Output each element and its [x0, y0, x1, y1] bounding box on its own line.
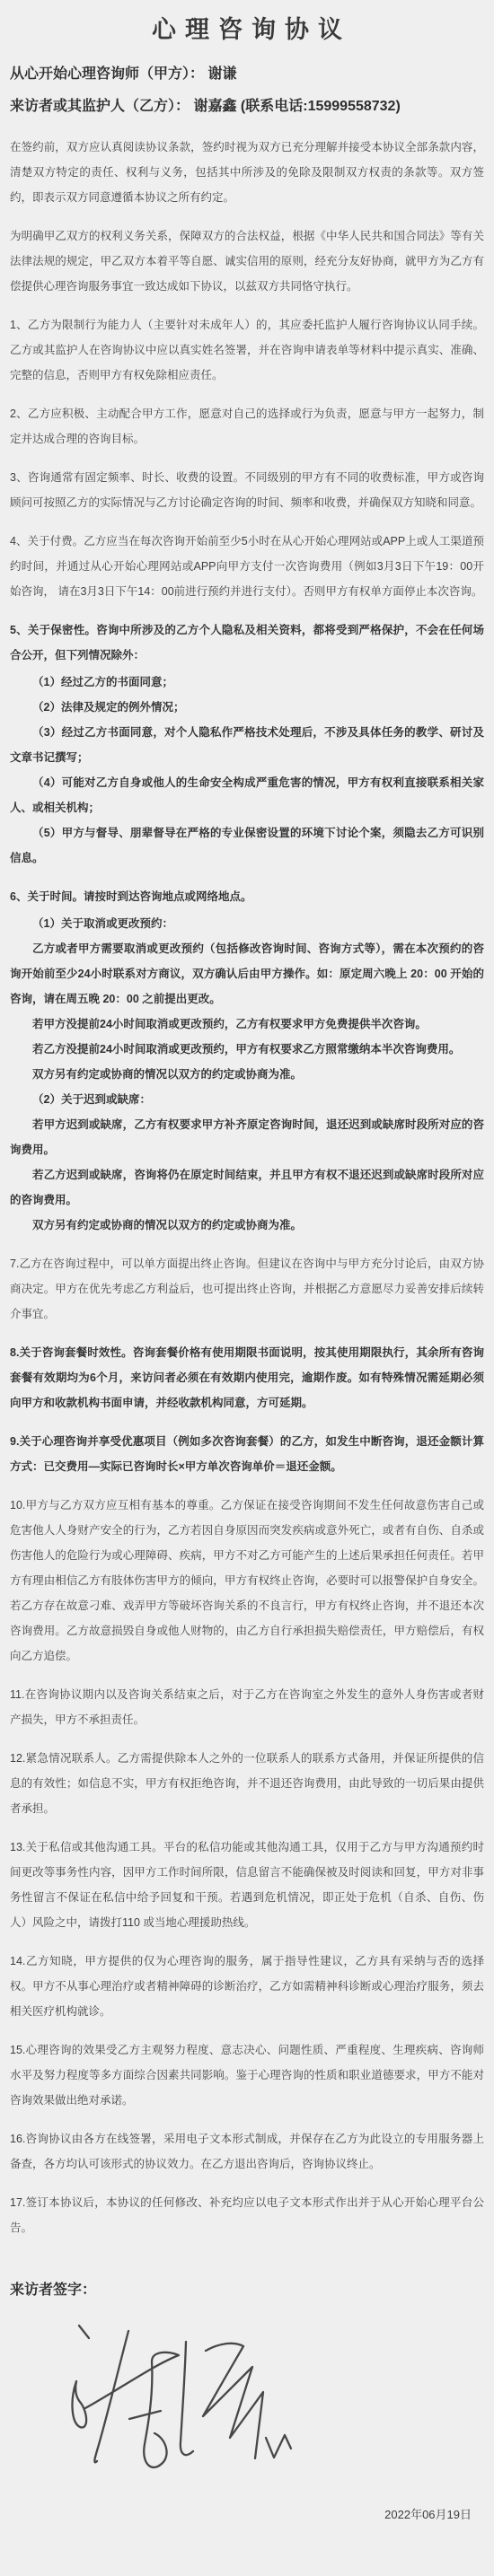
paragraph: 4、关于付费。乙方应当在每次咨询开始前至少5小时在从心开始心理网站或APP上或人… — [10, 529, 484, 604]
paragraph: 为明确甲乙双方的权利义务关系，保障双方的合法权益，根据《中华人民共和国合同法》等… — [10, 223, 484, 299]
paragraph: （2）关于迟到或缺席： — [10, 1087, 484, 1112]
paragraph: 8.关于咨询套餐时效性。咨询套餐价格有使用期限书面说明，按其使用期限执行，其余所… — [10, 1340, 484, 1415]
paragraph: 若乙方迟到或缺席，咨询将仍在原定时间结束，并且甲方有权不退还迟到或缺席时段所对应… — [10, 1162, 484, 1213]
paragraph: 在签约前，双方应认真阅读协议条款，签约时视为双方已充分理解并接受本协议全部条款内… — [10, 135, 484, 210]
agreement-body: 在签约前，双方应认真阅读协议条款，签约时视为双方已充分理解并接受本协议全部条款内… — [10, 135, 484, 2240]
paragraph: （5）甲方与督导、朋辈督导在严格的专业保密设置的环境下讨论个案，须隐去乙方可识别… — [10, 820, 484, 871]
paragraph: 7.乙方在咨询过程中，可以单方面提出终止咨询。但建议在咨询中与甲方充分讨论后，由… — [10, 1251, 484, 1327]
handwritten-signature — [49, 2311, 301, 2491]
paragraph: （1）关于取消或更改预约： — [10, 911, 484, 936]
paragraph: 双方另有约定或协商的情况以双方的约定或协商为准。 — [10, 1062, 484, 1087]
paragraph: （4）可能对乙方自身或他人的生命安全构成严重危害的情况，甲方有权利直接联系相关家… — [10, 770, 484, 820]
paragraph: 10.甲方与乙方双方应互相有基本的尊重。乙方保证在接受咨询期间不发生任何故意伤害… — [10, 1493, 484, 1669]
paragraph: 1、乙方为限制行为能力人（主要针对未成年人）的，其应委托监护人履行咨询协议认同手… — [10, 312, 484, 388]
agreement-document: 心理咨询协议 从心开始心理咨询师（甲方）： 谢谦 来访者或其监护人（乙方）： 谢… — [0, 0, 494, 2576]
party-b-label: 来访者或其监护人（乙方）： — [10, 99, 190, 114]
paragraph: 15.心理咨询的效果受乙方主观努力程度、意志决心、问题性质、严重程度、生理疾病、… — [10, 2037, 484, 2113]
party-a-label: 从心开始心理咨询师（甲方）： — [10, 66, 204, 82]
paragraph: （2）法律及规定的例外情况； — [10, 695, 484, 720]
paragraph: 若甲方迟到或缺席，乙方有权要求甲方补齐原定咨询时间，退还迟到或缺席时段所对应的咨… — [10, 1112, 484, 1162]
paragraph: （1）经过乙方的书面同意； — [10, 670, 484, 695]
party-a-line: 从心开始心理咨询师（甲方）： 谢谦 — [10, 64, 484, 84]
signing-date: 2022年06月19日 — [10, 2505, 472, 2522]
signature-section: 来访者签字： — [10, 2278, 484, 2491]
paragraph: 若乙方没提前24小时间取消或更改预约，甲方有权要求乙方照常缴纳本半次咨询费用。 — [10, 1037, 484, 1062]
paragraph: 2、乙方应积极、主动配合甲方工作，愿意对自己的选择或行为负责，愿意与甲方一起努力… — [10, 401, 484, 451]
paragraph: 16.咨询协议由各方在线签署，采用电子文本形式制成，并保存在乙方为此设立的专用服… — [10, 2126, 484, 2177]
paragraph: 9.关于心理咨询并享受优惠项目（例如多次咨询套餐）的乙方，如发生中断咨询，退还金… — [10, 1429, 484, 1479]
signature-label: 来访者签字： — [10, 2278, 484, 2299]
party-b-line: 来访者或其监护人（乙方）： 谢嘉鑫 (联系电话:15999558732) — [10, 96, 484, 117]
page-title: 心理咨询协议 — [10, 14, 484, 46]
paragraph: 双方另有约定或协商的情况以双方的约定或协商为准。 — [10, 1213, 484, 1238]
paragraph: 17.签订本协议后，本协议的任何修改、补充均应以电子文本形式作出并于从心开始心理… — [10, 2190, 484, 2240]
paragraph: 若甲方没提前24小时间取消或更改预约，乙方有权要求甲方免费提供半次咨询。 — [10, 1012, 484, 1037]
paragraph: 5、关于保密性。咨询中所涉及的乙方个人隐私及相关资料，都将受到严格保护，不会在任… — [10, 618, 484, 668]
paragraph: 乙方或者甲方需要取消或更改预约（包括修改咨询时间、咨询方式等），需在本次预约的咨… — [10, 936, 484, 1012]
party-b-name-and-phone: 谢嘉鑫 (联系电话:15999558732) — [193, 99, 400, 114]
paragraph: 13.关于私信或其他沟通工具。平台的私信功能或其他沟通工具，仅用于乙方与甲方沟通… — [10, 1835, 484, 1935]
paragraph: 11.在咨询协议期内以及咨询关系结束之后，对于乙方在咨询室之外发生的意外人身伤害… — [10, 1682, 484, 1732]
party-a-name: 谢谦 — [207, 66, 236, 82]
paragraph: 6、关于时间。请按时到达咨询地点或网络地点。 — [10, 884, 484, 909]
paragraph: 3、咨询通常有固定频率、时长、收费的设置。不同级别的甲方有不同的收费标准，甲方或… — [10, 465, 484, 515]
paragraph: 12.紧急情况联系人。乙方需提供除本人之外的一位联系人的联系方式备用，并保证所提… — [10, 1746, 484, 1821]
paragraph: 14.乙方知晓，甲方提供的仅为心理咨询的服务，属于指导性建议，乙方具有采纳与否的… — [10, 1949, 484, 2024]
paragraph: （3）经过乙方书面同意，对个人隐私作严格技术处理后，不涉及具体任务的教学、研讨及… — [10, 720, 484, 770]
